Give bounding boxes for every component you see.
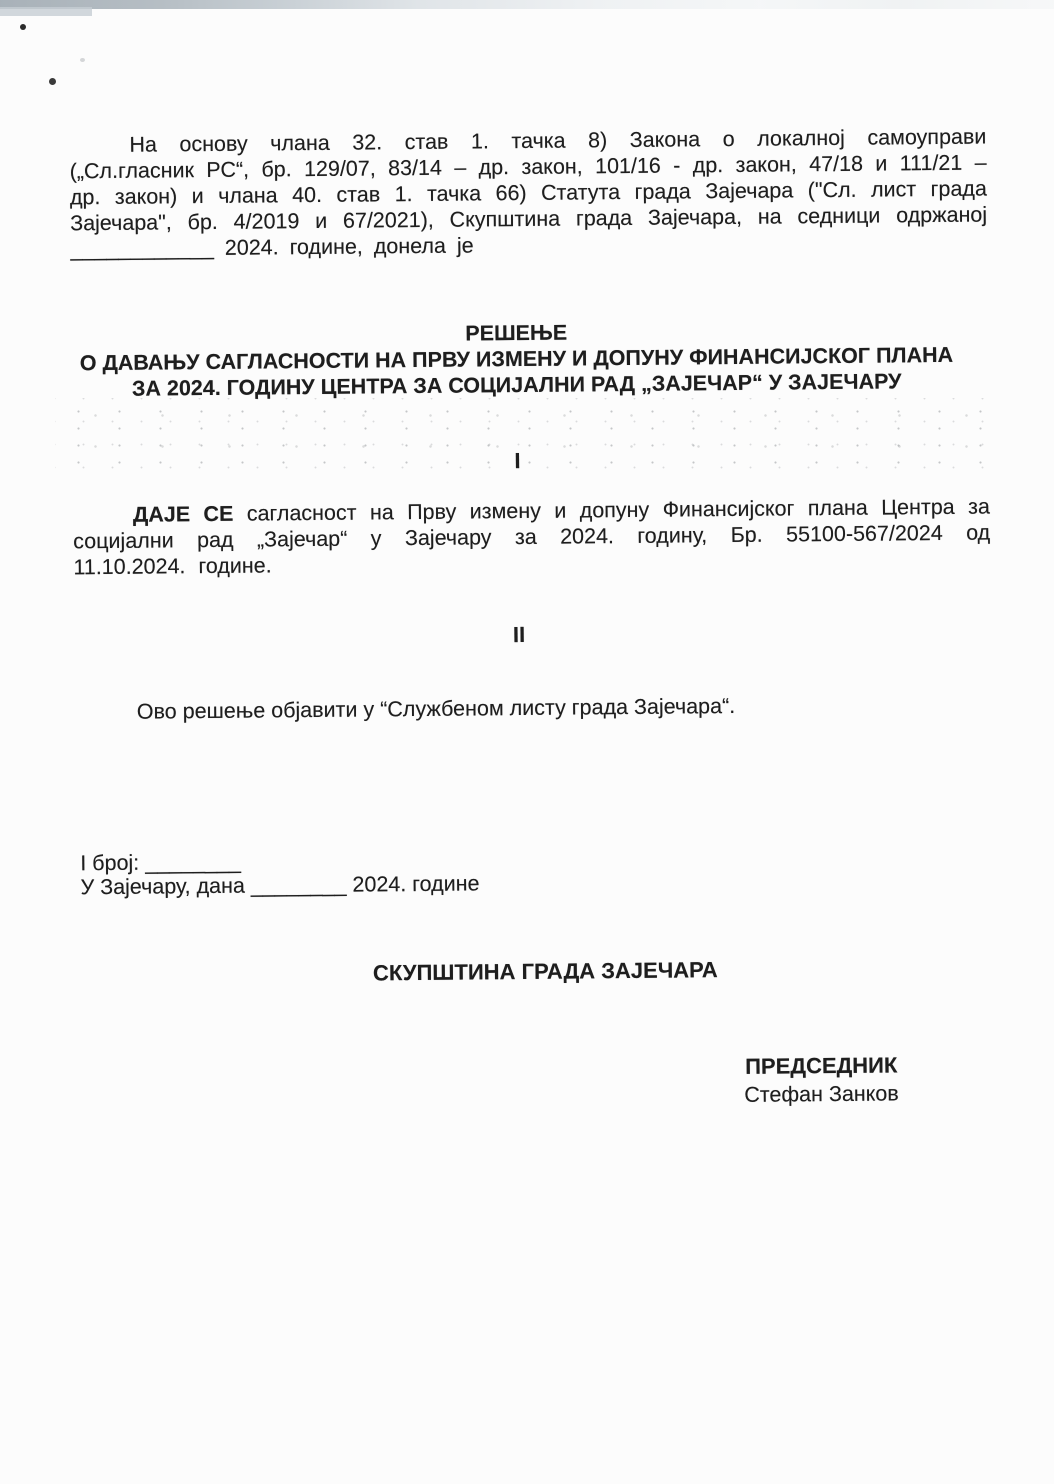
president-name: Стефан Занков [736,1079,906,1109]
section-1-numeral: I [72,444,962,479]
section-2-numeral: II [74,618,964,653]
section-2-paragraph: Ово решење објавити у “Службеном листу г… [75,691,992,726]
intro-paragraph: На основу члана 32. став 1. тачка 8) Зак… [69,124,987,263]
signature-block: ПРЕДСЕДНИК Стефан Занков [736,1051,907,1109]
section-1-lead: ДАЈЕ СЕ [133,502,234,527]
assembly-name: СКУПШТИНА ГРАДА ЗАЈЕЧАРА [77,954,1013,989]
document-content: На основу члана 32. став 1. тачка 8) Зак… [0,0,1054,1484]
section-1-paragraph: ДАЈЕ СЕ сагласност на Прву измену и допу… [73,494,991,581]
decision-title: РЕШЕЊЕ О ДАВАЊУ САГЛАСНОСТИ НА ПРВУ ИЗМЕ… [71,316,962,403]
scanned-document-page: На основу члана 32. став 1. тачка 8) Зак… [0,0,1054,1484]
reference-block: I број: ________ У Зајечару, дана ______… [80,842,997,899]
president-title: ПРЕДСЕДНИК [736,1051,906,1081]
